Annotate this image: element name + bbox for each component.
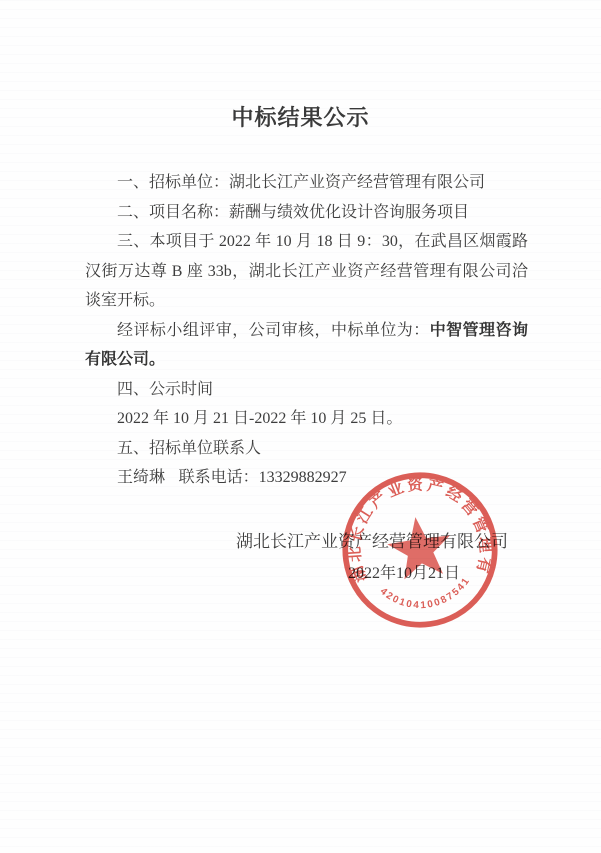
paragraph-bid-opening-info: 三、本项目于 2022 年 10 月 18 日 9：30，在武昌区烟霞路汉街万达… [85, 227, 528, 316]
paragraph-contact-heading: 五、招标单位联系人 [85, 434, 528, 464]
paragraph-publicity-time-heading: 四、公示时间 [85, 375, 528, 405]
document-page: 中标结果公示 一、招标单位：湖北长江产业资产经营管理有限公司 二、项目名称：薪酬… [0, 0, 601, 853]
paragraph-contact-info: 王绮琳联系电话：13329882927 [85, 463, 528, 493]
paragraph-project-name: 二、项目名称：薪酬与绩效优化设计咨询服务项目 [85, 198, 528, 228]
contact-phone: 联系电话：13329882927 [179, 469, 347, 486]
paragraph-publicity-period: 2022 年 10 月 21 日-2022 年 10 月 25 日。 [85, 404, 528, 434]
document-title: 中标结果公示 [0, 0, 601, 132]
paragraph-winning-bidder: 经评标小组评审，公司审核，中标单位为：中智管理咨询有限公司。 [85, 316, 528, 375]
signature-date: 2022年10月21日 [348, 560, 460, 583]
document-body: 一、招标单位：湖北长江产业资产经营管理有限公司 二、项目名称：薪酬与绩效优化设计… [85, 168, 528, 493]
paragraph-bidding-unit: 一、招标单位：湖北长江产业资产经营管理有限公司 [85, 168, 528, 198]
signature-company-name: 湖北长江产业资产经营管理有限公司 [236, 527, 508, 552]
contact-person-name: 王绮琳 [117, 469, 165, 486]
winning-bidder-prefix: 经评标小组评审，公司审核，中标单位为： [117, 322, 430, 339]
